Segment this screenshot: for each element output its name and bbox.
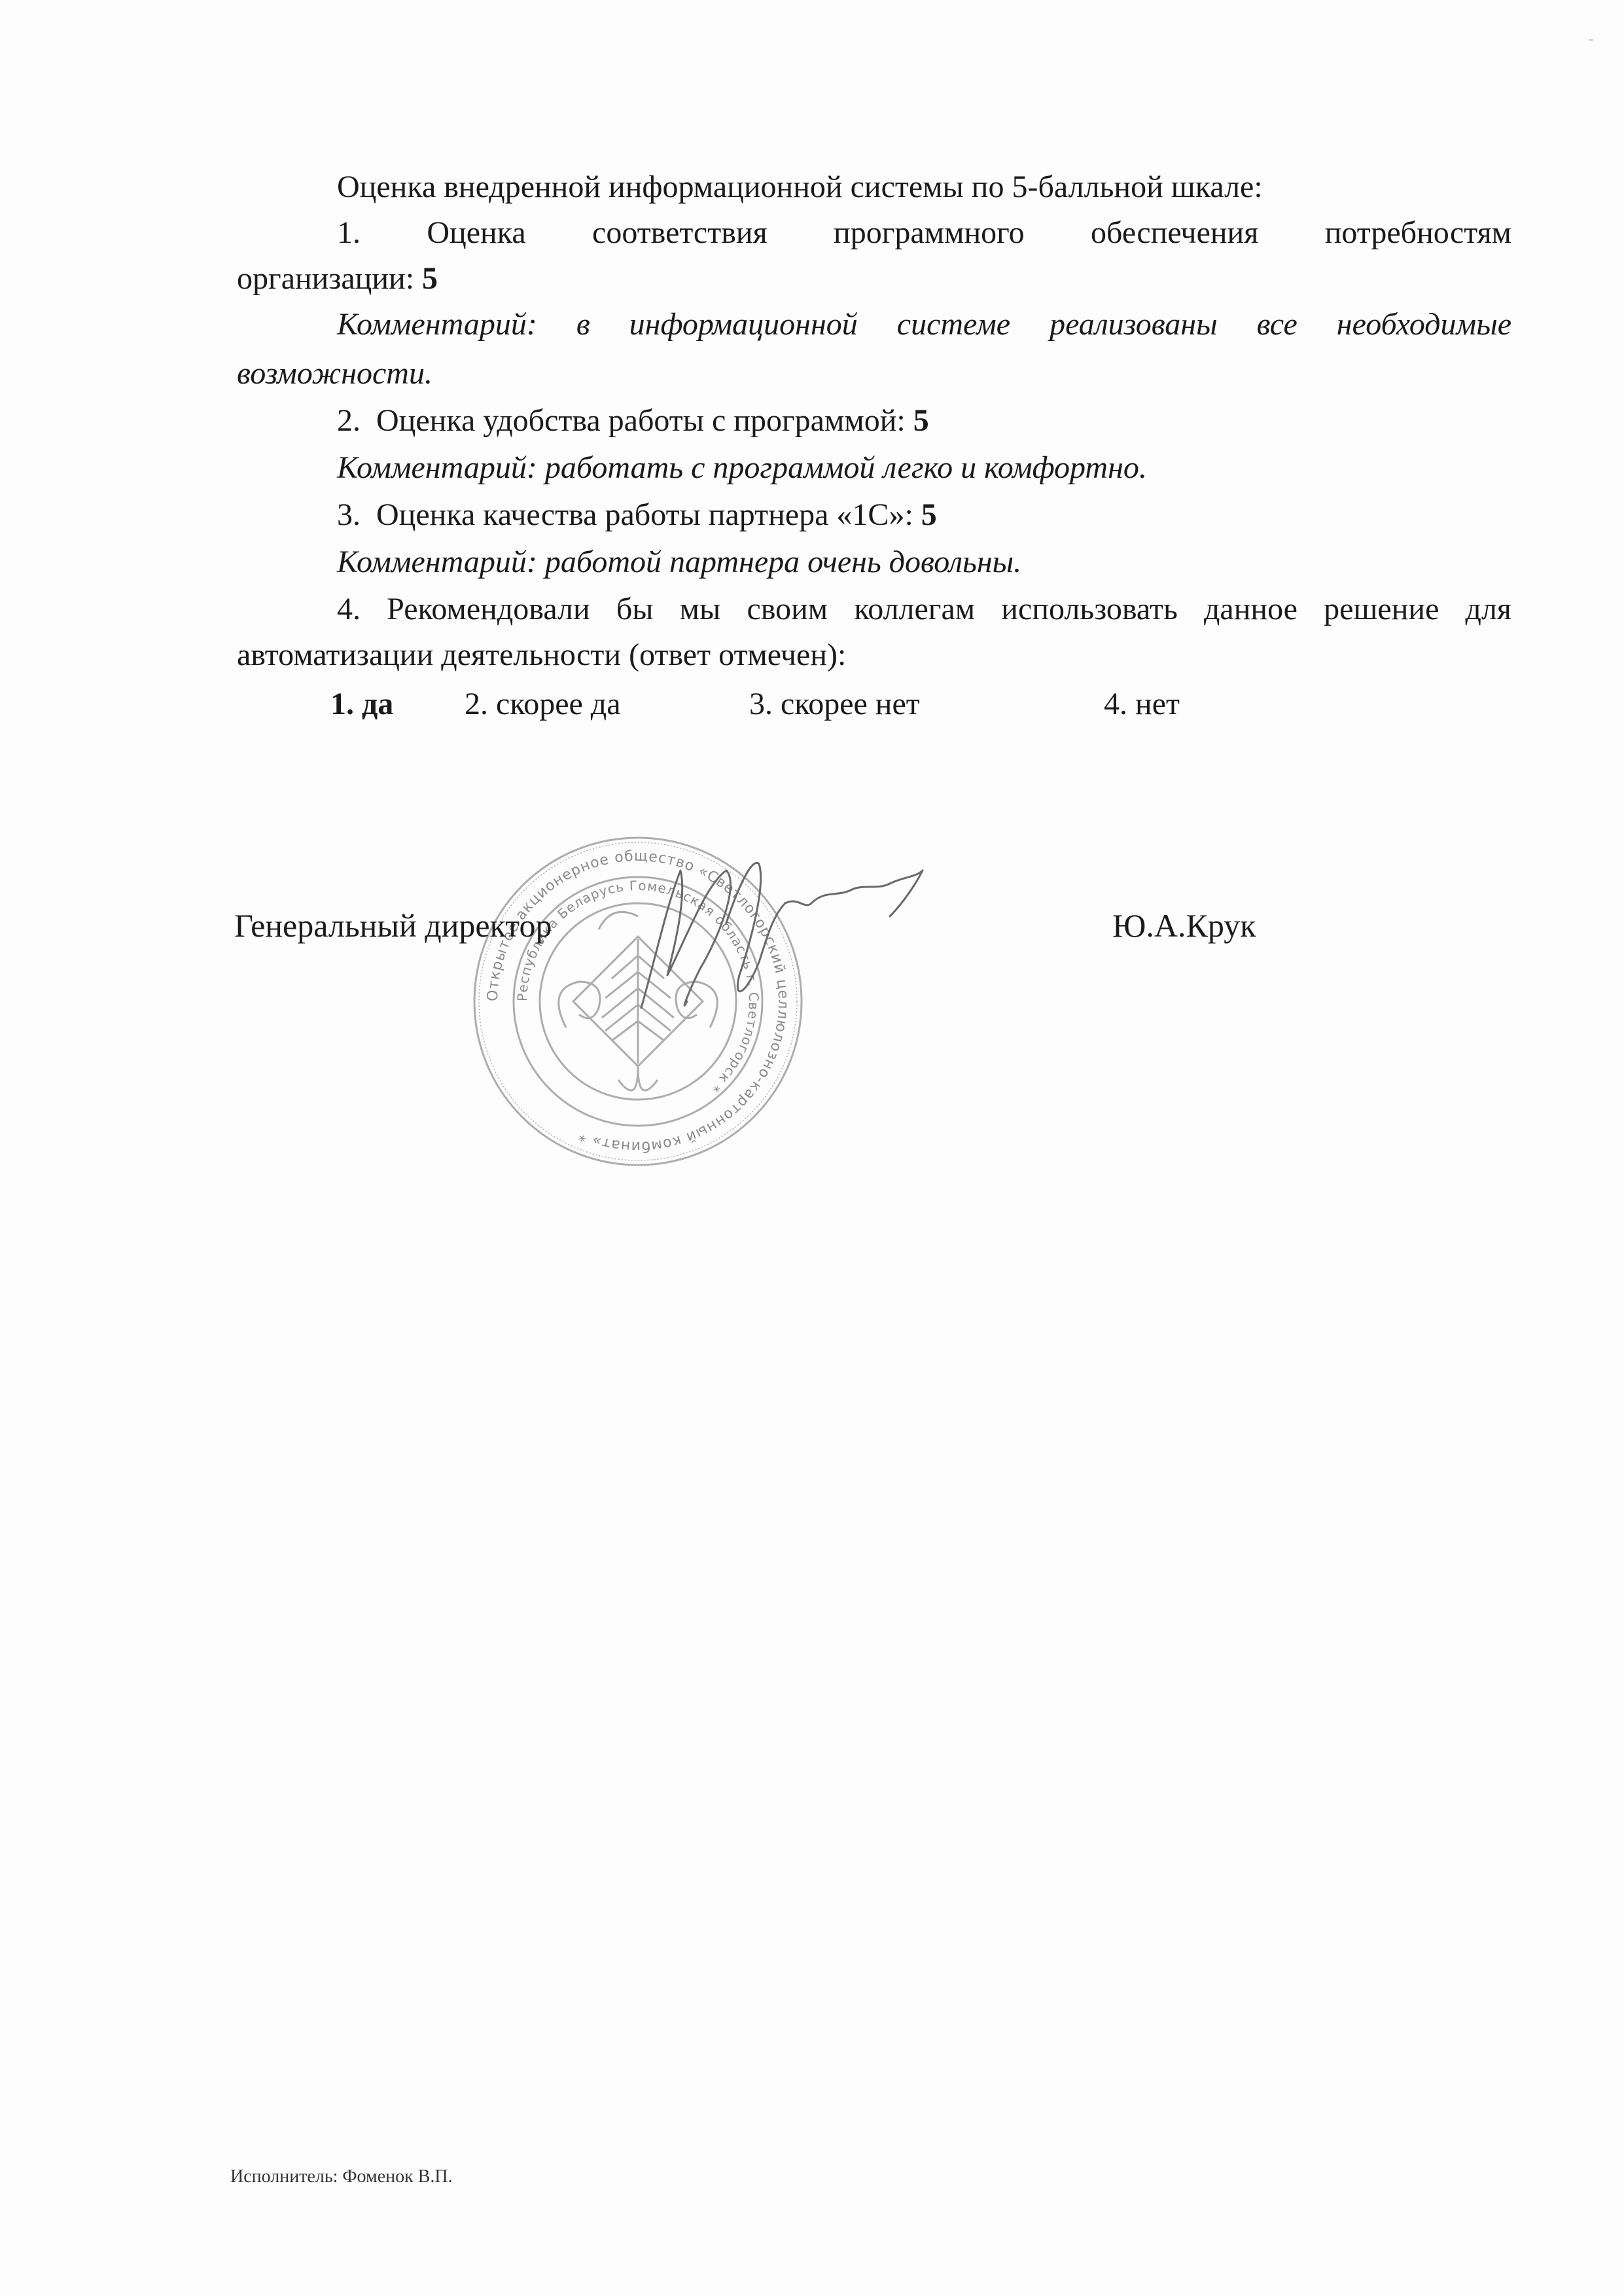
item-2-text: 2. Оценка удобства работы с программой: — [337, 403, 913, 438]
item-2: 2. Оценка удобства работы с программой: … — [337, 401, 1511, 441]
item-3-comment: Комментарий: работой партнера очень дово… — [337, 542, 1511, 583]
item-3-score: 5 — [921, 497, 937, 532]
item-3-text: 3. Оценка качества работы партнера «1С»: — [337, 497, 921, 532]
signatory-name: Ю.А.Крук — [1112, 906, 1256, 944]
option-rather-no: 3. скорее нет — [749, 684, 920, 725]
word: обеспечения — [1091, 215, 1258, 250]
item-1-text: организации: — [237, 261, 422, 296]
option-yes: 1. да — [330, 684, 393, 725]
scan-speck — [1589, 39, 1593, 41]
word: реализованы — [1050, 307, 1218, 342]
question-4-line-2: автоматизации деятельности (ответ отмече… — [237, 635, 1511, 675]
item-2-score: 5 — [913, 403, 929, 438]
item-3: 3. Оценка качества работы партнера «1С»:… — [337, 495, 1511, 535]
footer-executor: Исполнитель: Фоменок В.П. — [230, 2166, 453, 2187]
option-no: 4. нет — [1104, 684, 1180, 725]
option-rather-yes: 2. скорее да — [465, 684, 621, 725]
item-1-line-2: организации: 5 — [237, 259, 1511, 299]
word: программного — [834, 215, 1025, 250]
word: потребностям — [1325, 215, 1511, 250]
word: все — [1257, 307, 1297, 342]
word: необходимые — [1337, 307, 1511, 342]
word: системе — [897, 307, 1010, 342]
word: информационной — [629, 307, 858, 342]
item-1-comment-line-1: Комментарий: в информационной системе ре… — [337, 304, 1511, 345]
item-1-comment-line-2: возможности. — [237, 353, 1511, 394]
heading: Оценка внедренной информационной системы… — [337, 167, 1511, 207]
signatory-title: Генеральный директор — [234, 906, 552, 944]
handwritten-signature — [628, 844, 955, 1028]
item-1-number: 1. — [337, 215, 361, 250]
word: Комментарий: — [337, 307, 537, 342]
question-4-line-1: 4. Рекомендовали бы мы своим коллегам ис… — [337, 589, 1511, 630]
word: Оценка — [427, 215, 525, 250]
item-1-line-1: 1. Оценка соответствия программного обес… — [337, 213, 1511, 253]
item-2-comment: Комментарий: работать с программой легко… — [337, 448, 1511, 488]
word: соответствия — [592, 215, 768, 250]
document-page: Оценка внедренной информационной системы… — [0, 0, 1624, 2296]
item-1-score: 5 — [422, 261, 438, 296]
word: в — [576, 307, 590, 342]
